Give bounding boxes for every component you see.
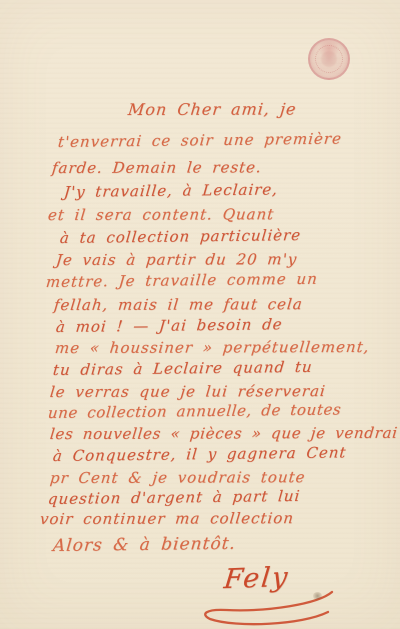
letter-line: à Conquestre, il y gagnera Cent	[52, 443, 347, 465]
letter-line: mettre. Je travaille comme un	[45, 270, 318, 291]
letter-line: fellah, mais il me faut cela	[53, 295, 304, 314]
letter-line: Alors & à bientôt.	[52, 534, 237, 556]
letter-line: me « houssiner » perpétuellement,	[54, 338, 370, 357]
letter-line: J'y travaille, à Leclaire,	[63, 180, 279, 201]
letter-line: une collection annuelle, de toutes	[47, 400, 342, 422]
letter-line: le verras que je lui réserverai	[49, 382, 327, 401]
collection-stamp-icon	[308, 38, 350, 80]
letter-line: à ta collection particulière	[59, 226, 302, 247]
paper-blemish	[313, 592, 322, 600]
letter-line: question d'argent à part lui	[47, 487, 301, 508]
letter-line: tu diras à Leclaire quand tu	[52, 358, 313, 379]
letter-line: voir continuer ma collection	[39, 509, 295, 528]
letter-line: Je vais à partir du 20 m'y	[55, 250, 298, 269]
letter-line: farde. Demain le reste.	[51, 158, 263, 177]
letter-line: et il sera content. Quant	[47, 205, 275, 224]
letter-page: Mon Cher ami, je t'enverrai ce soir une …	[0, 0, 400, 629]
letter-line: t'enverrai ce soir une première	[57, 130, 343, 151]
letter-line: les nouvelles « pièces » que je vendrai	[49, 424, 399, 443]
letter-line: Mon Cher ami, je	[127, 99, 298, 119]
letter-line: pr Cent & je voudrais toute	[49, 468, 306, 487]
letter-line: à moi ! — J'ai besoin de	[55, 315, 283, 336]
